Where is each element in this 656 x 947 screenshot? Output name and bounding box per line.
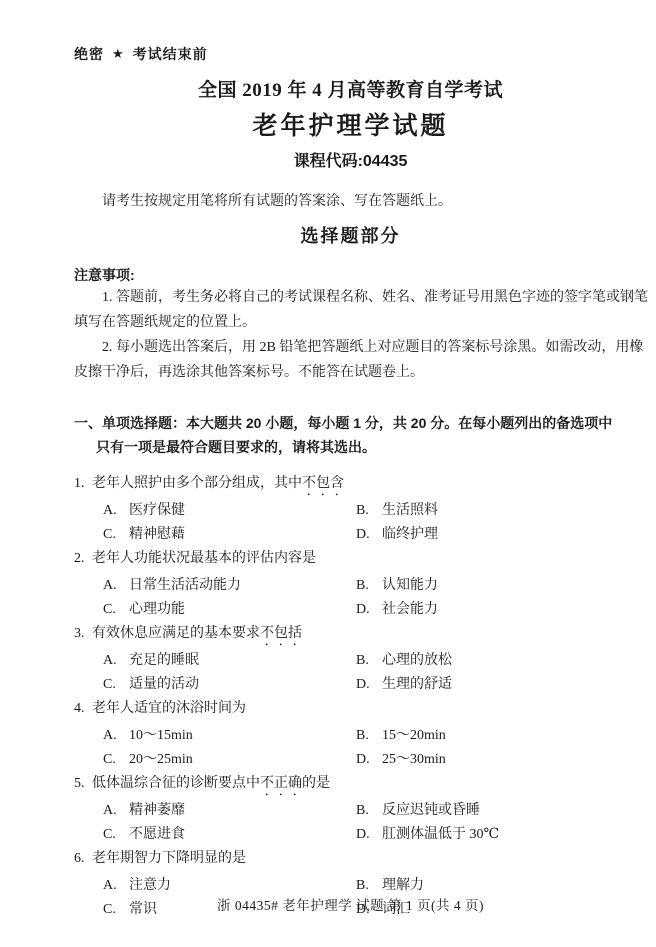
option-label: C. xyxy=(103,748,129,772)
question-options: A.日常生活活动能力 B.认知能力 C.心理功能 D.社会能力 xyxy=(74,574,627,622)
option-b: B.15～20min xyxy=(356,724,446,748)
part-heading-line: 一、单项选择题：本大题共 20 小题，每小题 1 分，共 20 分。在每小题列出… xyxy=(74,411,627,435)
option-c: C.精神慰藉 xyxy=(103,523,356,547)
note-line: 填写在答题纸规定的位置上。 xyxy=(74,310,627,335)
option-text: 肛测体温低于 30℃ xyxy=(382,823,499,847)
option-a: A.医疗保健 xyxy=(103,499,356,523)
question-number: 5. xyxy=(74,772,92,796)
stem-text: 老年人照护由多个部分组成，其中 xyxy=(92,476,302,491)
question-block: 4.老年人适宜的沐浴时间为 A.10～15min B.15～20min C.20… xyxy=(74,697,627,772)
option-b: B.心理的放松 xyxy=(356,649,452,673)
question-options: A.10～15min B.15～20min C.20～25min D.25～30… xyxy=(74,724,627,772)
option-b: B.认知能力 xyxy=(356,574,438,598)
option-a: A.精神萎靡 xyxy=(103,799,356,823)
option-text: 社会能力 xyxy=(382,598,438,622)
question-block: 3.有效休息应满足的基本要求不包括 A.充足的睡眠 B.心理的放松 C.适量的活… xyxy=(74,622,627,697)
option-d: D.临终护理 xyxy=(356,523,438,547)
question-block: 5.低体温综合征的诊断要点中不正确的是 A.精神萎靡 B.反应迟钝或昏睡 C.不… xyxy=(74,772,627,847)
question-stem: 5.低体温综合征的诊断要点中不正确的是 xyxy=(74,772,627,799)
question-number: 2. xyxy=(74,547,92,571)
stem-text: 老年人功能状况最基本的评估内容是 xyxy=(92,551,316,566)
option-label: A. xyxy=(103,574,129,598)
option-text: 精神萎靡 xyxy=(129,799,185,823)
option-b: B.反应迟钝或昏睡 xyxy=(356,799,499,823)
question-options: A.医疗保健 B.生活照料 C.精神慰藉 D.临终护理 xyxy=(74,499,627,547)
questions-list: 1.老年人照护由多个部分组成，其中不包含 A.医疗保健 B.生活照料 C.精神慰… xyxy=(74,472,627,922)
option-label: A. xyxy=(103,724,129,748)
section-title: 选择题部分 xyxy=(74,222,627,248)
question-stem: 4.老年人适宜的沐浴时间为 xyxy=(74,697,627,724)
option-text: 10～15min xyxy=(129,724,193,748)
option-text: 充足的睡眠 xyxy=(129,649,199,673)
stem-text: 老年人适宜的沐浴时间为 xyxy=(92,701,246,716)
student-notice: 请考生按规定用笔将所有试题的答案涂、写在答题纸上。 xyxy=(74,190,627,210)
question-stem: 1.老年人照护由多个部分组成，其中不包含 xyxy=(74,472,627,499)
option-text: 临终护理 xyxy=(382,523,438,547)
question-stem: 3.有效休息应满足的基本要求不包括 xyxy=(74,622,627,649)
question-options: A.充足的睡眠 B.心理的放松 C.适量的活动 D.生理的舒适 xyxy=(74,649,627,697)
emphasized-text: 不正确 xyxy=(260,776,302,791)
option-label: D. xyxy=(356,673,382,697)
secret-label: 绝密 xyxy=(74,46,104,62)
option-d: D.生理的舒适 xyxy=(356,673,452,697)
option-text: 生活照料 xyxy=(382,499,438,523)
option-label: B. xyxy=(356,799,382,823)
emphasized-text: 不包括 xyxy=(260,626,302,641)
notes-list: 1. 答题前，考生务必将自己的考试课程名称、姓名、准考证号用黑色字迹的签字笔或钢… xyxy=(74,285,627,385)
option-d: D.肛测体温低于 30℃ xyxy=(356,823,499,847)
note-line: 2. 每小题选出答案后，用 2B 铅笔把答题纸上对应题目的答案标号涂黑。如需改动… xyxy=(74,335,627,360)
question-number: 4. xyxy=(74,697,92,721)
option-c: C.心理功能 xyxy=(103,598,356,622)
option-label: B. xyxy=(356,724,382,748)
stem-text: 低体温综合征的诊断要点中 xyxy=(92,776,260,791)
option-text: 心理的放松 xyxy=(382,649,452,673)
note-line: 皮擦干净后，再选涂其他答案标号。不能答在试题卷上。 xyxy=(74,360,627,385)
option-d: D.社会能力 xyxy=(356,598,438,622)
option-text: 医疗保健 xyxy=(129,499,185,523)
question-text: 低体温综合征的诊断要点中不正确的是 xyxy=(92,776,330,791)
option-label: D. xyxy=(356,823,382,847)
option-text: 20～25min xyxy=(129,748,193,772)
note-line: 1. 答题前，考生务必将自己的考试课程名称、姓名、准考证号用黑色字迹的签字笔或钢… xyxy=(74,285,627,310)
question-number: 1. xyxy=(74,472,92,496)
stem-text: 有效休息应满足的基本要求 xyxy=(92,626,260,641)
exam-session-title: 全国 2019 年 4 月高等教育自学考试 xyxy=(74,75,627,102)
emphasized-text: 不包含 xyxy=(302,476,344,491)
exam-timing-label: 考试结束前 xyxy=(133,46,208,62)
part-heading: 一、单项选择题：本大题共 20 小题，每小题 1 分，共 20 分。在每小题列出… xyxy=(74,411,627,459)
option-a: A.10～15min xyxy=(103,724,356,748)
option-c: C.不愿进食 xyxy=(103,823,356,847)
option-text: 心理功能 xyxy=(129,598,185,622)
stem-text: 的是 xyxy=(302,776,330,791)
exam-page: 绝密★考试结束前 全国 2019 年 4 月高等教育自学考试 老年护理学试题 课… xyxy=(74,0,627,947)
option-text: 认知能力 xyxy=(382,574,438,598)
option-label: B. xyxy=(356,649,382,673)
option-label: D. xyxy=(356,748,382,772)
option-label: B. xyxy=(356,574,382,598)
page-footer: 浙 04435# 老年护理学 试题 第 1 页(共 4 页) xyxy=(74,894,627,914)
option-label: C. xyxy=(103,523,129,547)
question-block: 1.老年人照护由多个部分组成，其中不包含 A.医疗保健 B.生活照料 C.精神慰… xyxy=(74,472,627,547)
option-c: C.适量的活动 xyxy=(103,673,356,697)
option-text: 适量的活动 xyxy=(129,673,199,697)
option-text: 15～20min xyxy=(382,724,446,748)
option-b: B.生活照料 xyxy=(356,499,438,523)
question-text: 老年人功能状况最基本的评估内容是 xyxy=(92,551,316,566)
part-heading-line: 只有一项是最符合题目要求的，请将其选出。 xyxy=(74,435,627,459)
stem-text: 老年期智力下降明显的是 xyxy=(92,851,246,866)
question-stem: 2.老年人功能状况最基本的评估内容是 xyxy=(74,547,627,574)
option-label: A. xyxy=(103,799,129,823)
question-text: 老年人适宜的沐浴时间为 xyxy=(92,701,246,716)
option-label: A. xyxy=(103,649,129,673)
security-classification-line: 绝密★考试结束前 xyxy=(74,44,627,64)
option-label: C. xyxy=(103,673,129,697)
note-item: 2. 每小题选出答案后，用 2B 铅笔把答题纸上对应题目的答案标号涂黑。如需改动… xyxy=(74,335,627,385)
option-a: A.充足的睡眠 xyxy=(103,649,356,673)
option-c: C.20～25min xyxy=(103,748,356,772)
option-label: A. xyxy=(103,499,129,523)
question-block: 2.老年人功能状况最基本的评估内容是 A.日常生活活动能力 B.认知能力 C.心… xyxy=(74,547,627,622)
option-a: A.日常生活活动能力 xyxy=(103,574,356,598)
star-icon: ★ xyxy=(112,46,125,62)
question-text: 有效休息应满足的基本要求不包括 xyxy=(92,626,302,641)
course-code: 课程代码:04435 xyxy=(74,148,627,171)
question-number: 6. xyxy=(74,847,92,871)
option-text: 生理的舒适 xyxy=(382,673,452,697)
option-label: B. xyxy=(356,499,382,523)
question-stem: 6.老年期智力下降明显的是 xyxy=(74,847,627,874)
option-label: C. xyxy=(103,823,129,847)
question-options: A.精神萎靡 B.反应迟钝或昏睡 C.不愿进食 D.肛测体温低于 30℃ xyxy=(74,799,627,847)
option-text: 25～30min xyxy=(382,748,446,772)
option-label: C. xyxy=(103,598,129,622)
notes-label: 注意事项: xyxy=(74,265,627,285)
option-label: D. xyxy=(356,598,382,622)
question-number: 3. xyxy=(74,622,92,646)
option-d: D.25～30min xyxy=(356,748,446,772)
question-text: 老年期智力下降明显的是 xyxy=(92,851,246,866)
option-label: D. xyxy=(356,523,382,547)
option-text: 日常生活活动能力 xyxy=(129,574,241,598)
question-text: 老年人照护由多个部分组成，其中不包含 xyxy=(92,476,344,491)
option-text: 不愿进食 xyxy=(129,823,185,847)
note-item: 1. 答题前，考生务必将自己的考试课程名称、姓名、准考证号用黑色字迹的签字笔或钢… xyxy=(74,285,627,335)
option-text: 精神慰藉 xyxy=(129,523,185,547)
option-text: 反应迟钝或昏睡 xyxy=(382,799,480,823)
paper-title: 老年护理学试题 xyxy=(74,106,627,142)
